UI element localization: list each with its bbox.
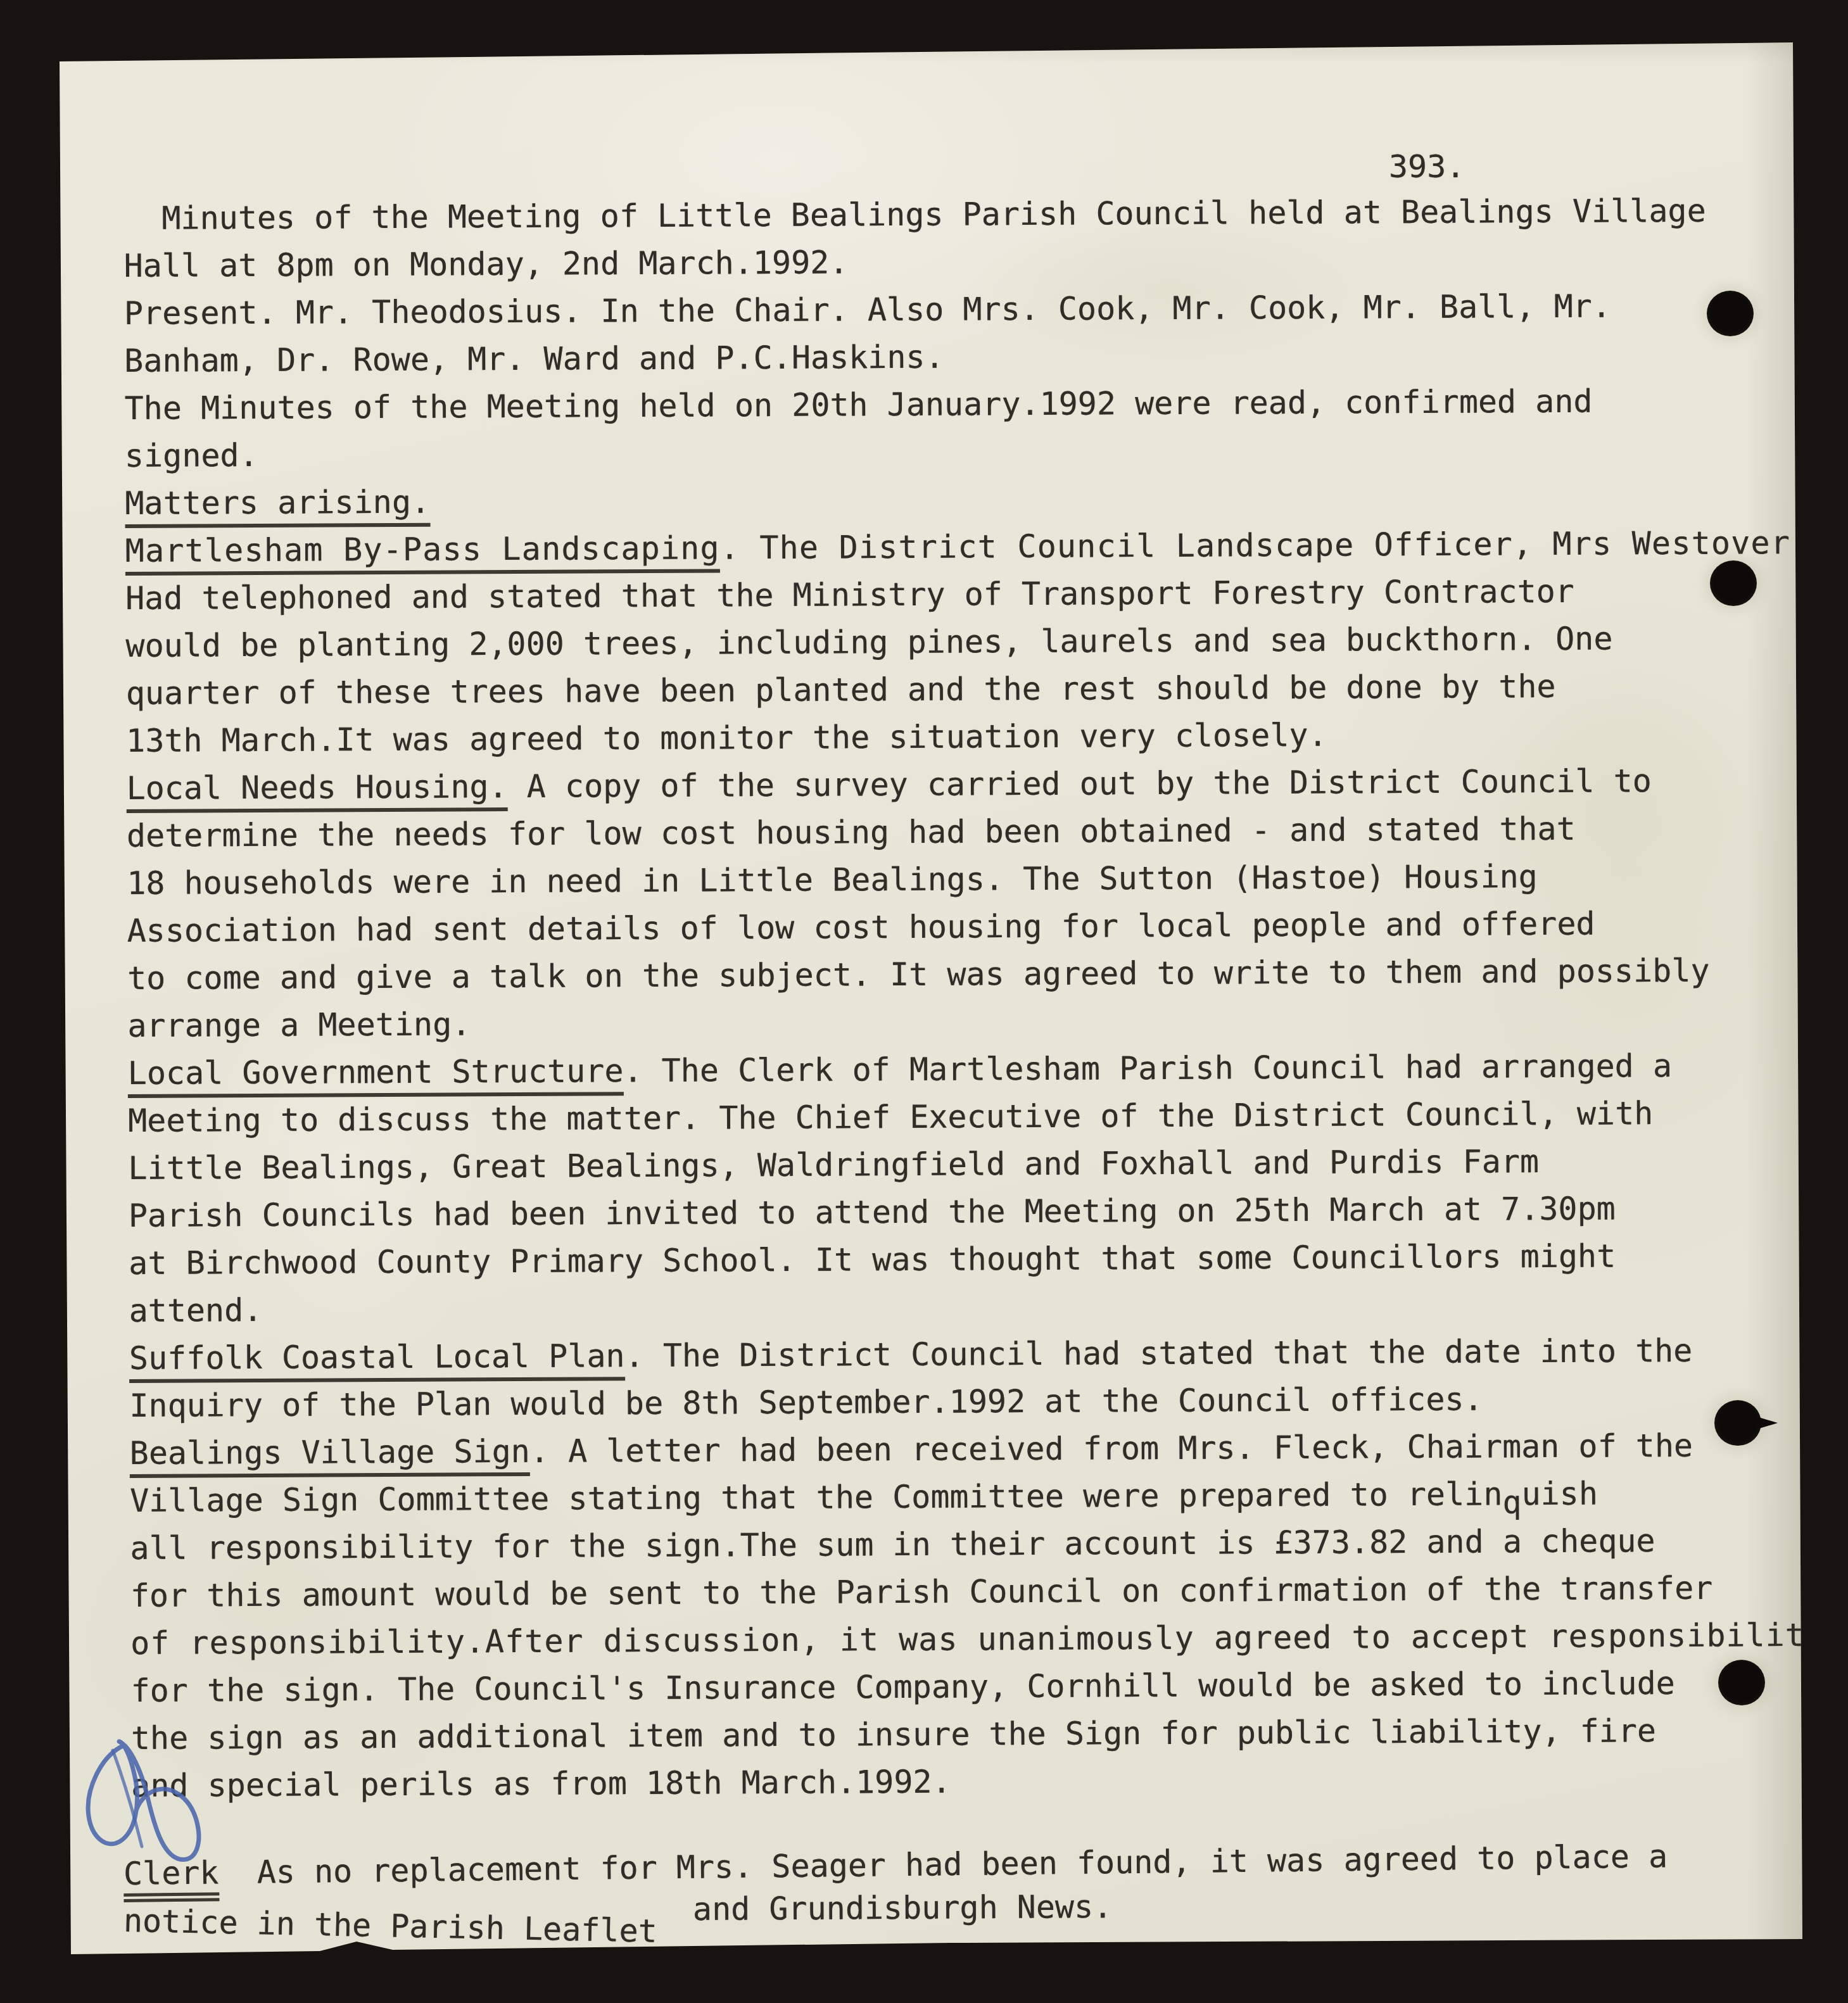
pen-scribble-mark <box>0 0 1848 2003</box>
paper-sheet: 393. Minutes of the Meeting of Little Be… <box>0 0 1848 2003</box>
scanned-page-background: { "colors": { "paper": "#e9e7da", "backg… <box>0 0 1848 2003</box>
